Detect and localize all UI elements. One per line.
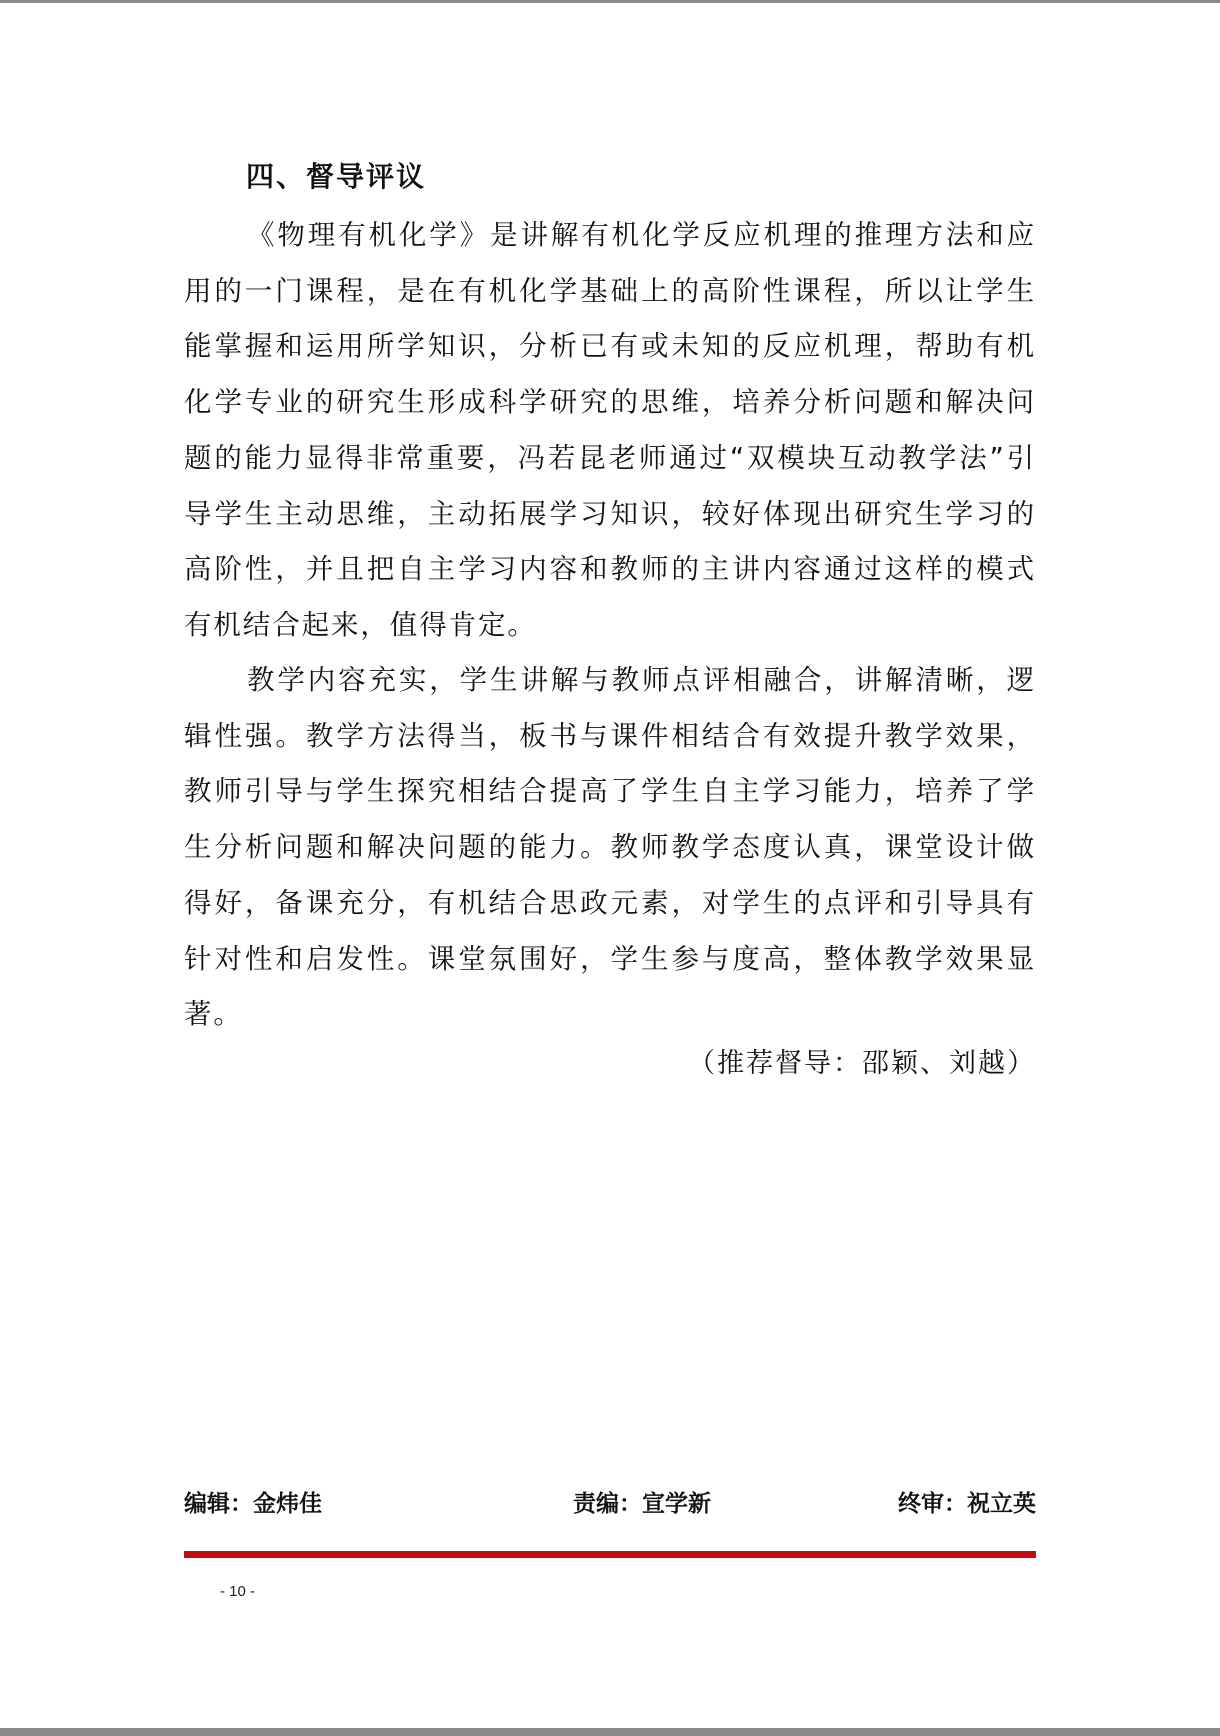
footer-red-rule xyxy=(184,1551,1036,1558)
paragraph-1: 《物理有机化学》是讲解有机化学反应机理的推理方法和应用的一门课程，是在有机化学基… xyxy=(184,208,1036,654)
viewer-top-border xyxy=(0,0,1220,3)
section-title: 四、督导评议 xyxy=(246,157,426,197)
page-number: - 10 - xyxy=(220,1581,255,1603)
paragraph-2-text: 教学内容充实，学生讲解与教师点评相融合，讲解清晰，逻辑性强。教学方法得当，板书与… xyxy=(184,664,1036,1030)
paragraph-2: 教学内容充实，学生讲解与教师点评相融合，讲解清晰，逻辑性强。教学方法得当，板书与… xyxy=(184,653,1036,1043)
credit-final-review: 终审：祝立英 xyxy=(898,1487,1036,1521)
credit-editor: 编辑：金炜佳 xyxy=(184,1487,322,1521)
credit-responsible-editor: 责编：宣学新 xyxy=(573,1487,711,1521)
supervisor-signature: （推荐督导：邵颖、刘越） xyxy=(688,1044,1036,1084)
paragraph-1-text: 《物理有机化学》是讲解有机化学反应机理的推理方法和应用的一门课程，是在有机化学基… xyxy=(184,219,1036,641)
viewer-bottom-border xyxy=(0,1728,1220,1736)
credits-line: 编辑：金炜佳 责编：宣学新 终审：祝立英 xyxy=(184,1487,1036,1521)
